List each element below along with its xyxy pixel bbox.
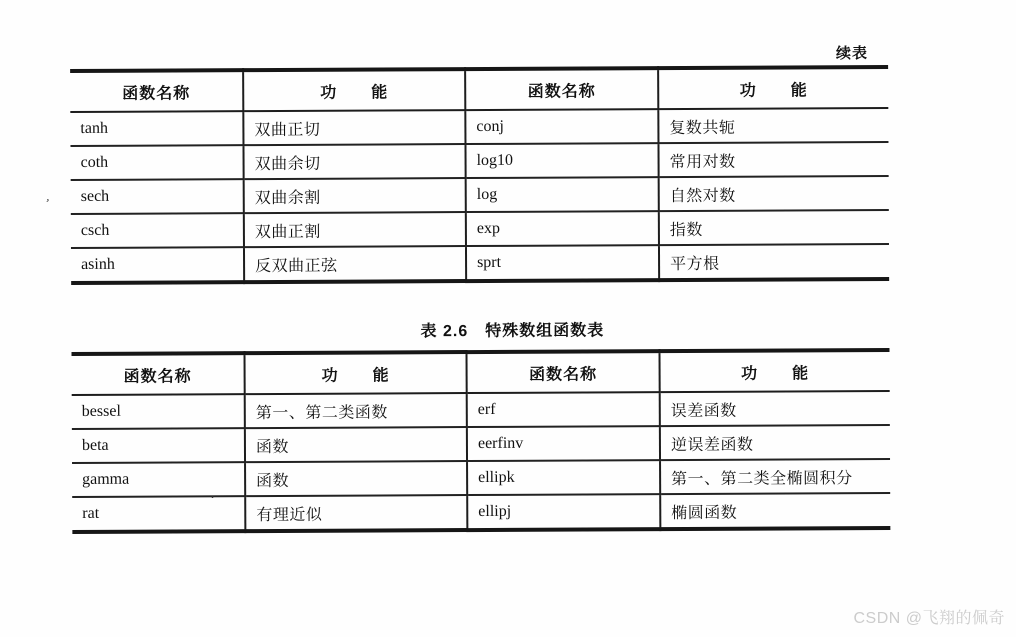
table-2-6-title: 表 2.6 特殊数组函数表 — [71, 316, 889, 342]
function-desc-cell: 平方根 — [659, 244, 889, 280]
function-desc-cell: 逆误差函数 — [660, 425, 890, 460]
function-name-cell: log10 — [465, 143, 658, 178]
function-desc-cell: 反双曲正弦 — [244, 246, 466, 282]
table-row: csch 双曲正割 exp 指数 — [71, 210, 889, 248]
col-header-function-purpose: 功 能 — [243, 69, 465, 111]
function-name-cell: sprt — [466, 245, 659, 281]
function-desc-cell: 第一、第二类全椭圆积分 — [660, 459, 890, 494]
function-name-cell: eerfinv — [467, 426, 660, 461]
continued-table-label: 续表 — [70, 44, 888, 68]
function-name-cell: sech — [71, 179, 244, 214]
function-desc-cell: 双曲余割 — [244, 178, 466, 213]
function-desc-cell: 误差函数 — [660, 391, 890, 426]
function-desc-cell: 有理近似 — [245, 495, 467, 531]
table-row: beta 函数 eerfinv 逆误差函数 — [72, 425, 890, 463]
function-desc-cell: 双曲正割 — [244, 212, 466, 247]
col-header-function-purpose: 功 能 — [659, 350, 889, 392]
function-desc-cell: 函数 — [245, 427, 467, 462]
function-name-cell: rat — [72, 496, 245, 532]
function-name-cell: gamma — [72, 462, 245, 497]
function-name-cell: bessel — [72, 394, 245, 429]
function-name-cell: csch — [71, 213, 244, 248]
function-desc-cell: 第一、第二类函数 — [245, 393, 467, 428]
watermark: CSDN @飞翔的佩奇 — [853, 605, 1005, 628]
col-header-function-name: 函数名称 — [70, 70, 243, 112]
table-row: bessel 第一、第二类函数 erf 误差函数 — [72, 391, 890, 429]
function-desc-cell: 椭圆函数 — [660, 493, 890, 529]
function-name-cell: conj — [465, 109, 658, 144]
function-name-cell: ellipj — [467, 494, 660, 530]
function-name-cell: ellipk — [467, 460, 660, 495]
table-row: sech 双曲余割 log 自然对数 — [71, 176, 889, 214]
col-header-function-purpose: 功 能 — [244, 352, 466, 394]
table-row: coth 双曲余切 log10 常用对数 — [70, 142, 888, 180]
col-header-function-purpose: 功 能 — [658, 67, 888, 109]
function-desc-cell: 双曲余切 — [243, 144, 465, 179]
table-row: asinh 反双曲正弦 sprt 平方根 — [71, 244, 889, 283]
scanned-page: 续表 函数名称 功 能 函数名称 功 能 tanh 双曲正切 conj 复数共轭 — [0, 0, 1016, 637]
function-name-cell: erf — [467, 392, 660, 427]
function-desc-cell: 函数 — [245, 461, 467, 496]
col-header-function-name: 函数名称 — [466, 351, 659, 393]
table-row: gamma 函数 ellipk 第一、第二类全椭圆积分 — [72, 459, 890, 497]
function-name-cell: tanh — [70, 111, 243, 146]
table-row: tanh 双曲正切 conj 复数共轭 — [70, 108, 888, 146]
table-header-row: 函数名称 功 能 函数名称 功 能 — [70, 67, 888, 112]
col-header-function-name: 函数名称 — [72, 353, 245, 395]
function-desc-cell: 常用对数 — [658, 142, 888, 177]
function-name-cell: asinh — [71, 247, 244, 283]
function-name-cell: coth — [70, 145, 243, 180]
scan-artifact: . — [211, 487, 214, 502]
function-desc-cell: 双曲正切 — [243, 110, 465, 145]
scan-content: 续表 函数名称 功 能 函数名称 功 能 tanh 双曲正切 conj 复数共轭 — [70, 44, 890, 534]
function-desc-cell: 复数共轭 — [658, 108, 888, 143]
table-header-row: 函数名称 功 能 函数名称 功 能 — [72, 350, 890, 395]
table-row: rat 有理近似 ellipj 椭圆函数 — [72, 493, 890, 532]
function-name-cell: log — [466, 177, 659, 212]
function-desc-cell: 指数 — [659, 210, 889, 245]
function-desc-cell: 自然对数 — [659, 176, 889, 211]
function-table-continued: 函数名称 功 能 函数名称 功 能 tanh 双曲正切 conj 复数共轭 co… — [70, 65, 889, 285]
function-name-cell: beta — [72, 428, 245, 463]
special-array-function-table: 函数名称 功 能 函数名称 功 能 bessel 第一、第二类函数 erf 误差… — [71, 348, 890, 534]
scan-artifact: ʼ — [43, 196, 50, 212]
function-name-cell: exp — [466, 211, 659, 246]
col-header-function-name: 函数名称 — [465, 68, 658, 110]
